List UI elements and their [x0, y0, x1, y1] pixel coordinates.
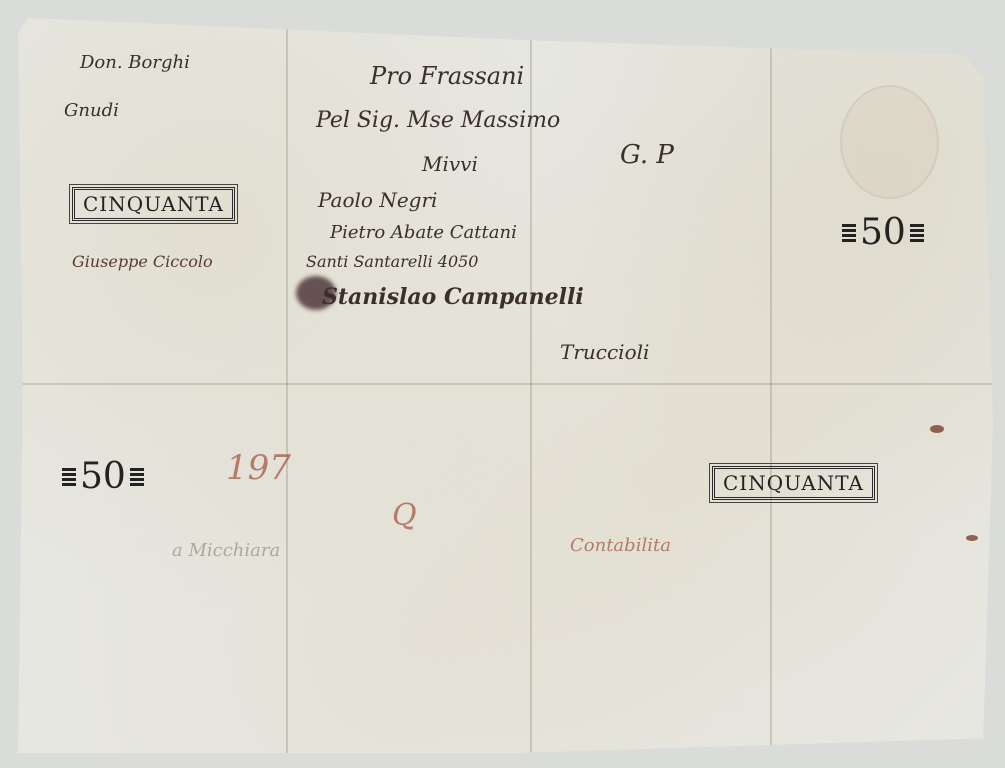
- signature: Stanislao Campanelli: [322, 284, 584, 310]
- signature: Paolo Negri: [318, 188, 437, 212]
- fold-line: [770, 18, 772, 753]
- fold-line: [18, 383, 993, 385]
- ornament-bars: [910, 224, 924, 242]
- denomination-number-bottom: 50: [62, 456, 144, 497]
- denomination-label-bottom: CINQUANTA: [712, 466, 875, 500]
- denomination-number-top: 50: [842, 212, 924, 253]
- watermark-medallion: [840, 85, 939, 199]
- number-50: 50: [860, 212, 906, 253]
- faint-handwriting: Contabilita: [570, 535, 671, 556]
- stain: [930, 425, 944, 433]
- red-mark: Q: [392, 498, 417, 533]
- handwriting-line: Giuseppe Ciccolo: [72, 252, 213, 271]
- handwriting-line: Gnudi: [64, 100, 119, 121]
- signature: Truccioli: [560, 340, 649, 364]
- signature: Santi Santarelli 4050: [306, 252, 478, 271]
- faint-handwriting: a Micchiara: [172, 540, 280, 561]
- handwriting-line: Mivvi: [422, 152, 478, 176]
- stain: [966, 535, 978, 541]
- denomination-label-top: CINQUANTA: [72, 187, 235, 221]
- ornament-bars: [842, 224, 856, 242]
- handwriting-line: Pel Sig. Mse Massimo: [316, 108, 560, 133]
- handwriting-line: G. P: [620, 140, 674, 170]
- signature: Pietro Abate Cattani: [330, 222, 517, 243]
- fold-line: [286, 18, 288, 753]
- red-numeral: 197: [226, 448, 291, 488]
- ornament-bars: [130, 468, 144, 486]
- ornament-bars: [62, 468, 76, 486]
- number-50: 50: [80, 456, 126, 497]
- handwriting-line: Don. Borghi: [80, 52, 190, 73]
- handwriting-line: Pro Frassani: [370, 62, 524, 90]
